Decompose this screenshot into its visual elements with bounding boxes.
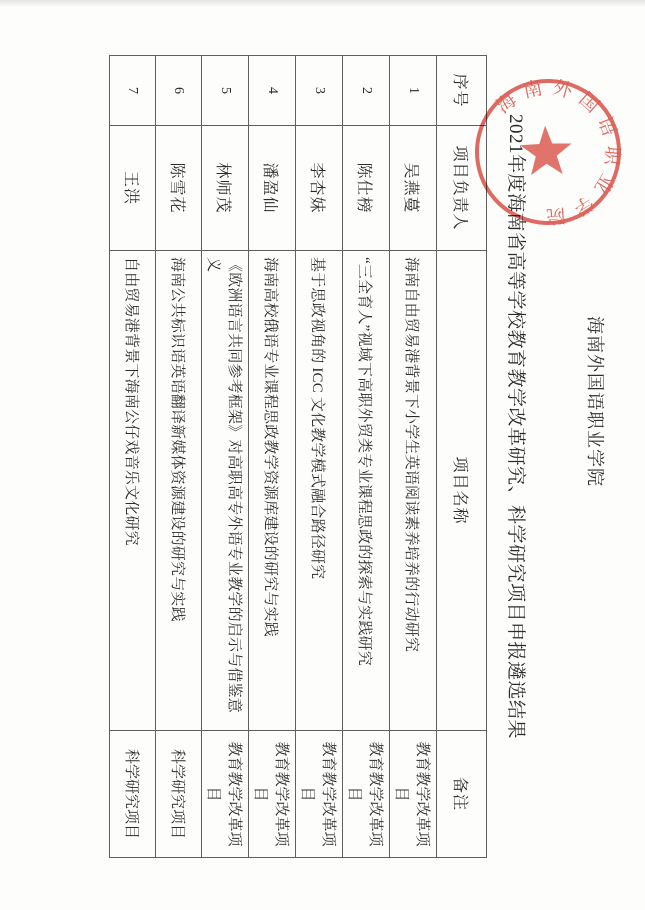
cell-serial: 7: [110, 56, 156, 126]
cell-remark: 教育教学改革项目: [343, 731, 390, 858]
cell-leader: 吴燕蔓: [390, 126, 437, 251]
cell-leader: 王洪: [110, 126, 156, 251]
cell-leader: 林师茂: [202, 126, 249, 251]
cell-remark: 科学研究项目: [110, 731, 156, 858]
cell-remark: 教育教学改革项目: [296, 731, 343, 858]
cell-project: 自由贸易港背景下海南公仔戏音乐文化研究: [110, 251, 156, 731]
table-header-row: 序号 项目负责人 项目名称 备注: [437, 56, 487, 858]
table-row: 6陈雪花海南公共标识语英语翻译新媒体资源建设的研究与实践科学研究项目: [156, 56, 202, 858]
cell-serial: 1: [390, 56, 437, 126]
cell-serial: 3: [296, 56, 343, 126]
cell-leader: 陈雪花: [156, 126, 202, 251]
institution-title: 海南外国语职业学院: [583, 316, 609, 487]
cell-serial: 6: [156, 56, 202, 126]
cell-project: “三全育人”视域下高职外贸类专业课程思政的探索与实践研究: [343, 251, 390, 731]
cell-project: 《欧洲语言共同参考框架》对高职高专外语专业教学的启示与借鉴意义: [202, 251, 249, 731]
cell-serial: 4: [249, 56, 296, 126]
cell-leader: 陈仕榜: [343, 126, 390, 251]
cell-project: 基于思政视角的 ICC 文化教学模式融合路径研究: [296, 251, 343, 731]
table-row: 1吴燕蔓海南自由贸易港背景下小学生英语阅读素养培养的行动研究教育教学改革项目: [390, 56, 437, 858]
header-leader: 项目负责人: [437, 126, 487, 251]
table-row: 4潘盈仙海南高校俄语专业课程思政教学资源库建设的研究与实践教育教学改革项目: [249, 56, 296, 858]
document-title: 2021年度海南省高等学校教育教学改革研究、科学研究项目申报遴选结果: [504, 114, 531, 739]
table-row: 3李杏妹基于思政视角的 ICC 文化教学模式融合路径研究教育教学改革项目: [296, 56, 343, 858]
table-row: 7王洪自由贸易港背景下海南公仔戏音乐文化研究科学研究项目: [110, 56, 156, 858]
header-serial: 序号: [437, 56, 487, 126]
scan-edge-shadow: [0, 0, 645, 7]
cell-remark: 教育教学改革项目: [390, 731, 437, 858]
table-row: 5林师茂《欧洲语言共同参考框架》对高职高专外语专业教学的启示与借鉴意义教育教学改…: [202, 56, 249, 858]
cell-remark: 科学研究项目: [156, 731, 202, 858]
header-project: 项目名称: [437, 251, 487, 731]
cell-remark: 教育教学改革项目: [202, 731, 249, 858]
cell-serial: 2: [343, 56, 390, 126]
scanned-document-page: 海南外国语职业学院 2021年度海南省高等学校教育教学改革研究、科学研究项目申报…: [0, 0, 645, 910]
cell-project: 海南公共标识语英语翻译新媒体资源建设的研究与实践: [156, 251, 202, 731]
cell-project: 海南自由贸易港背景下小学生英语阅读素养培养的行动研究: [390, 251, 437, 731]
table-row: 2陈仕榜“三全育人”视域下高职外贸类专业课程思政的探索与实践研究教育教学改革项目: [343, 56, 390, 858]
cell-project: 海南高校俄语专业课程思政教学资源库建设的研究与实践: [249, 251, 296, 731]
cell-remark: 教育教学改革项目: [249, 731, 296, 858]
cell-serial: 5: [202, 56, 249, 126]
document-sheet: 海南外国语职业学院 2021年度海南省高等学校教育教学改革研究、科学研究项目申报…: [0, 0, 645, 910]
project-results-table: 序号 项目负责人 项目名称 备注 1吴燕蔓海南自由贸易港背景下小学生英语阅读素养…: [109, 55, 487, 858]
cell-leader: 李杏妹: [296, 126, 343, 251]
cell-leader: 潘盈仙: [249, 126, 296, 251]
header-remark: 备注: [437, 731, 487, 858]
